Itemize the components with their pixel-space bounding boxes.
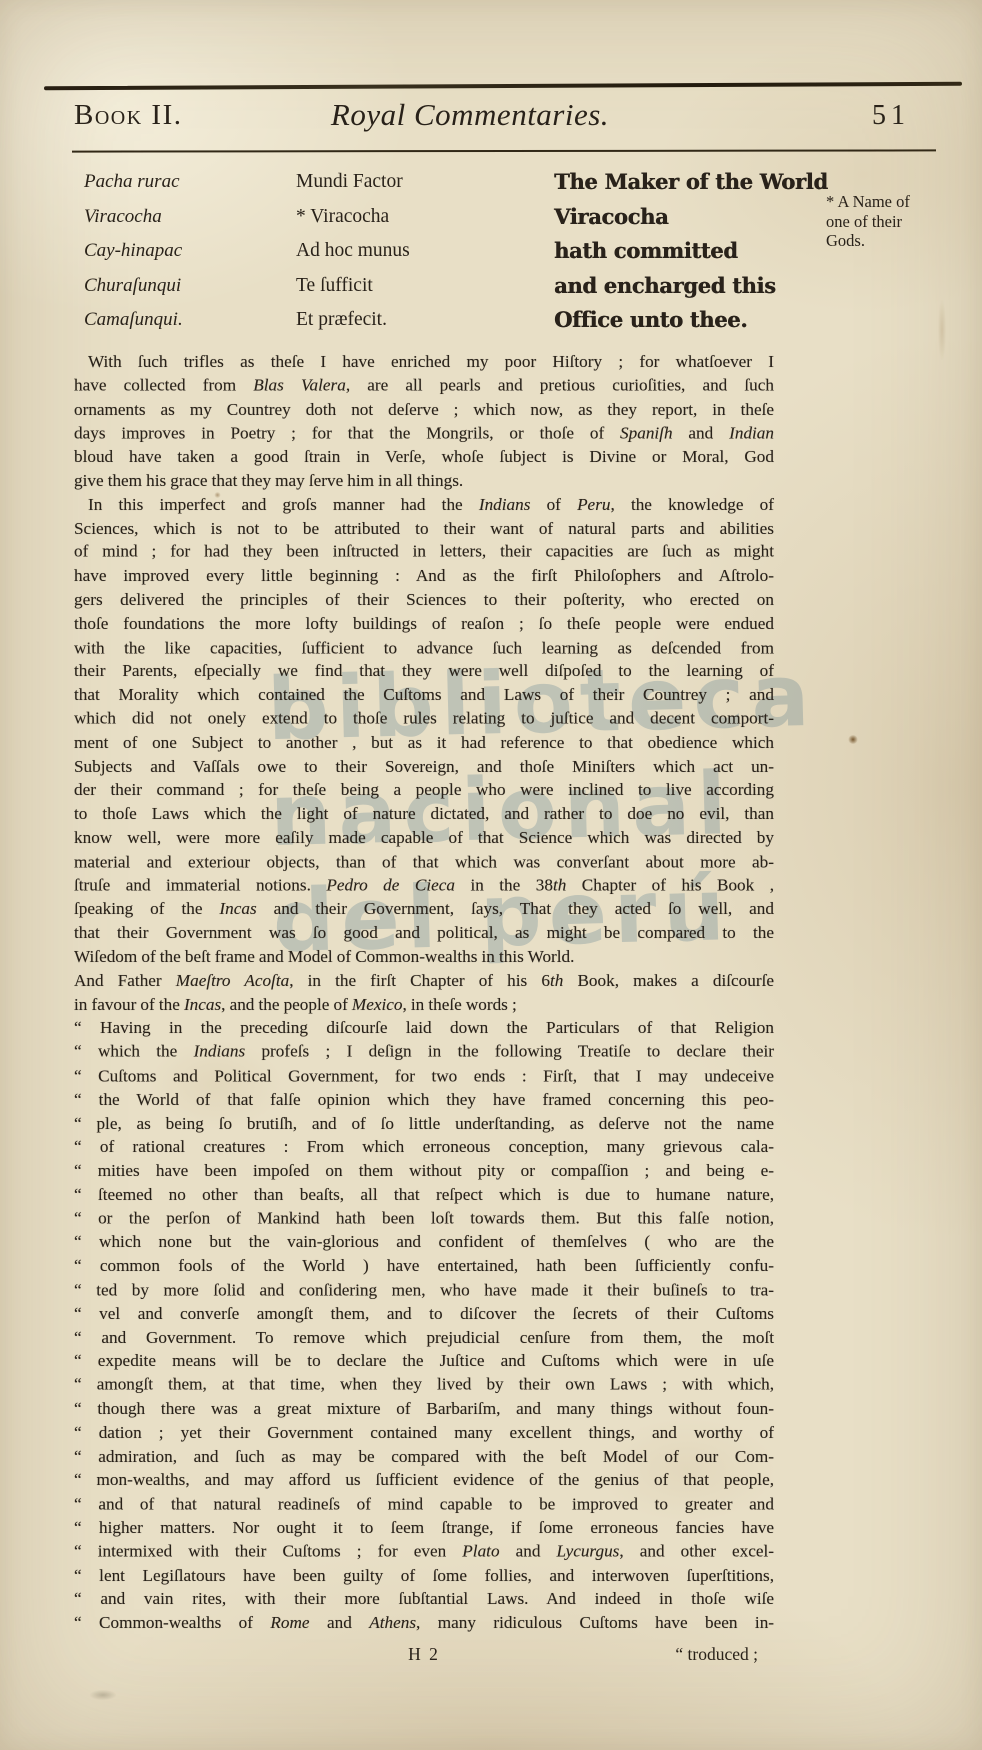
- invocation-row: Camaſunqui.Et præfecit.Office unto thee.: [84, 303, 844, 338]
- text-line: “ Cuſtoms and Political Government, for …: [74, 1064, 774, 1088]
- signature-mark: H 2: [74, 1644, 774, 1665]
- blackletter-english-text: and encharged this: [554, 269, 776, 304]
- text-line: thoſe foundations the more lofty buildin…: [74, 612, 774, 636]
- text-line: “ which none but the vain-glorious and c…: [74, 1230, 774, 1254]
- blackletter-english-text: The Maker of the World: [554, 165, 828, 200]
- text-line: their Parents, eſpecially we find that t…: [74, 659, 774, 683]
- text-line: “ expedite means will be to declare the …: [74, 1349, 774, 1373]
- pencil-mark: [90, 1690, 116, 1700]
- top-rule: [44, 82, 962, 90]
- page-footer: H 2 “ troduced ;: [74, 1644, 774, 1670]
- blackletter-english-text: Viracocha: [554, 200, 668, 235]
- latin-text: * Viracocha: [296, 200, 554, 235]
- text-line: “ of rational creatures : From which err…: [74, 1135, 774, 1159]
- quechua-text: Churaſunqui: [84, 269, 296, 304]
- text-line: that Morality which contained the Cuſtom…: [74, 683, 774, 707]
- quechua-text: Camaſunqui.: [84, 303, 296, 338]
- text-line: “ mon-wealths, and may afford us ſuffici…: [74, 1468, 774, 1492]
- margin-note: * A Name of one of their Gods.: [826, 192, 934, 251]
- text-line: “ admiration, and ſuch as may be compare…: [74, 1445, 774, 1469]
- body-lines: With ſuch trifles as theſe I have enrich…: [74, 350, 774, 1635]
- quechua-text: Cay-hinapac: [84, 234, 296, 269]
- blackletter-english-text: Office unto thee.: [554, 303, 747, 338]
- latin-text: Ad hoc munus: [296, 234, 554, 269]
- invocation-row: Cay-hinapacAd hoc munushath committed: [84, 234, 844, 269]
- text-line: with the like capacities, ſufficient to …: [74, 636, 774, 660]
- text-line: “ vel and converſe amongſt them, and to …: [74, 1302, 774, 1326]
- text-line: “ intermixed with their Cuſtoms ; for ev…: [74, 1540, 774, 1564]
- text-line: “ which the Indians profeſs ; I deſign i…: [74, 1040, 774, 1064]
- text-line: ſpeaking of the Incas and their Governme…: [74, 897, 774, 921]
- page-number: 51: [872, 100, 910, 132]
- text-line: Subjects and Vaſſals owe to their Sovere…: [74, 755, 774, 779]
- quechua-text: Pacha rurac: [84, 165, 296, 200]
- text-line: ment of one Subject to another , but as …: [74, 731, 774, 755]
- text-line: which did not onely extend to thoſe rule…: [74, 707, 774, 731]
- text-line: “ dation ; yet their Government containe…: [74, 1421, 774, 1445]
- text-line: “ common fools of the World ) have enter…: [74, 1254, 774, 1278]
- text-line: that their Government was ſo good and po…: [74, 921, 774, 945]
- text-line: “ mities have been impoſed on them witho…: [74, 1159, 774, 1183]
- invocation-rows: Pacha ruracMundi FactorThe Maker of the …: [84, 165, 844, 338]
- text-line: In this imperfect and groſs manner had t…: [74, 493, 774, 517]
- text-line: days improves in Poetry ; for that the M…: [74, 422, 774, 446]
- book-label: Book II.: [74, 99, 183, 132]
- catchword: “ troduced ;: [675, 1644, 758, 1665]
- latin-text: Te ſufficit: [296, 269, 554, 304]
- text-line: gers delivered the principles of their S…: [74, 588, 774, 612]
- text-line: “ and of that natural readineſs of mind …: [74, 1493, 774, 1517]
- text-line: of mind ; for had they been inſtructed i…: [74, 540, 774, 564]
- text-line: in favour of the Incas, and the people o…: [74, 993, 774, 1017]
- text-line: ornaments as my Countrey doth not deſerv…: [74, 398, 774, 422]
- text-line: give them his grace that they may ſerve …: [74, 469, 774, 493]
- text-line: to thoſe Laws which the light of nature …: [74, 802, 774, 826]
- text-line: material and exteriour objects, than of …: [74, 850, 774, 874]
- text-line: “ though there was a great mixture of Ba…: [74, 1397, 774, 1421]
- invocation-row: ChuraſunquiTe ſufficitand encharged this: [84, 269, 844, 304]
- header-rule: [72, 149, 936, 152]
- text-line: And Father Maeſtro Acoſta, in the firſt …: [74, 969, 774, 993]
- text-line: have improved every little beginning : A…: [74, 564, 774, 588]
- text-line: “ the World of that falſe opinion which …: [74, 1088, 774, 1112]
- foxing-spot: [938, 300, 946, 360]
- text-line: “ lent Legiſlatours have been guilty of …: [74, 1564, 774, 1588]
- blackletter-english-text: hath committed: [554, 234, 738, 269]
- invocation-row: Viracocha* ViracochaViracocha: [84, 200, 844, 235]
- text-line: “ Having in the preceding diſcourſe laid…: [74, 1016, 774, 1040]
- text-line: “ ple, as being ſo brutiſh, and of ſo li…: [74, 1112, 774, 1136]
- latin-text: Et præfecit.: [296, 303, 554, 338]
- text-line: ſtruſe and immaterial notions. Pedro de …: [74, 873, 774, 897]
- text-line: Wiſedom of the beſt frame and Model of C…: [74, 945, 774, 969]
- text-line: “ higher matters. Nor ought it to ſeem ſ…: [74, 1516, 774, 1540]
- invocation-row: Pacha ruracMundi FactorThe Maker of the …: [84, 165, 844, 200]
- text-line: “ ted by more ſolid and conſidering men,…: [74, 1278, 774, 1302]
- text-line: “ amongſt them, at that time, when they …: [74, 1373, 774, 1397]
- ink-stain: [848, 735, 858, 744]
- quechua-text: Viracocha: [84, 200, 296, 235]
- text-line: know well, were more eaſily made capable…: [74, 826, 774, 850]
- text-line: “ and vain rites, with their more ſubſta…: [74, 1587, 774, 1611]
- invocation-table: Pacha ruracMundi FactorThe Maker of the …: [84, 165, 844, 338]
- text-line: “ and Government. To remove which prejud…: [74, 1326, 774, 1350]
- text-line: der their command ; for theſe being a pe…: [74, 778, 774, 802]
- latin-text: Mundi Factor: [296, 165, 554, 200]
- text-line: “ Common-wealths of Rome and Athens, man…: [74, 1611, 774, 1635]
- running-title: Royal Commentaries.: [220, 97, 720, 133]
- body-text: With ſuch trifles as theſe I have enrich…: [74, 350, 774, 1635]
- text-line: have collected from Blas Valera, are all…: [74, 373, 774, 397]
- text-line: Sciences, which is not to be attributed …: [74, 517, 774, 541]
- text-line: “ ſteemed no other than beaſts, all that…: [74, 1183, 774, 1207]
- text-line: bloud have taken a good ſtrain in Verſe,…: [74, 445, 774, 469]
- text-line: With ſuch trifles as theſe I have enrich…: [74, 350, 774, 374]
- text-line: “ or the perſon of Mankind hath been loſ…: [74, 1206, 774, 1230]
